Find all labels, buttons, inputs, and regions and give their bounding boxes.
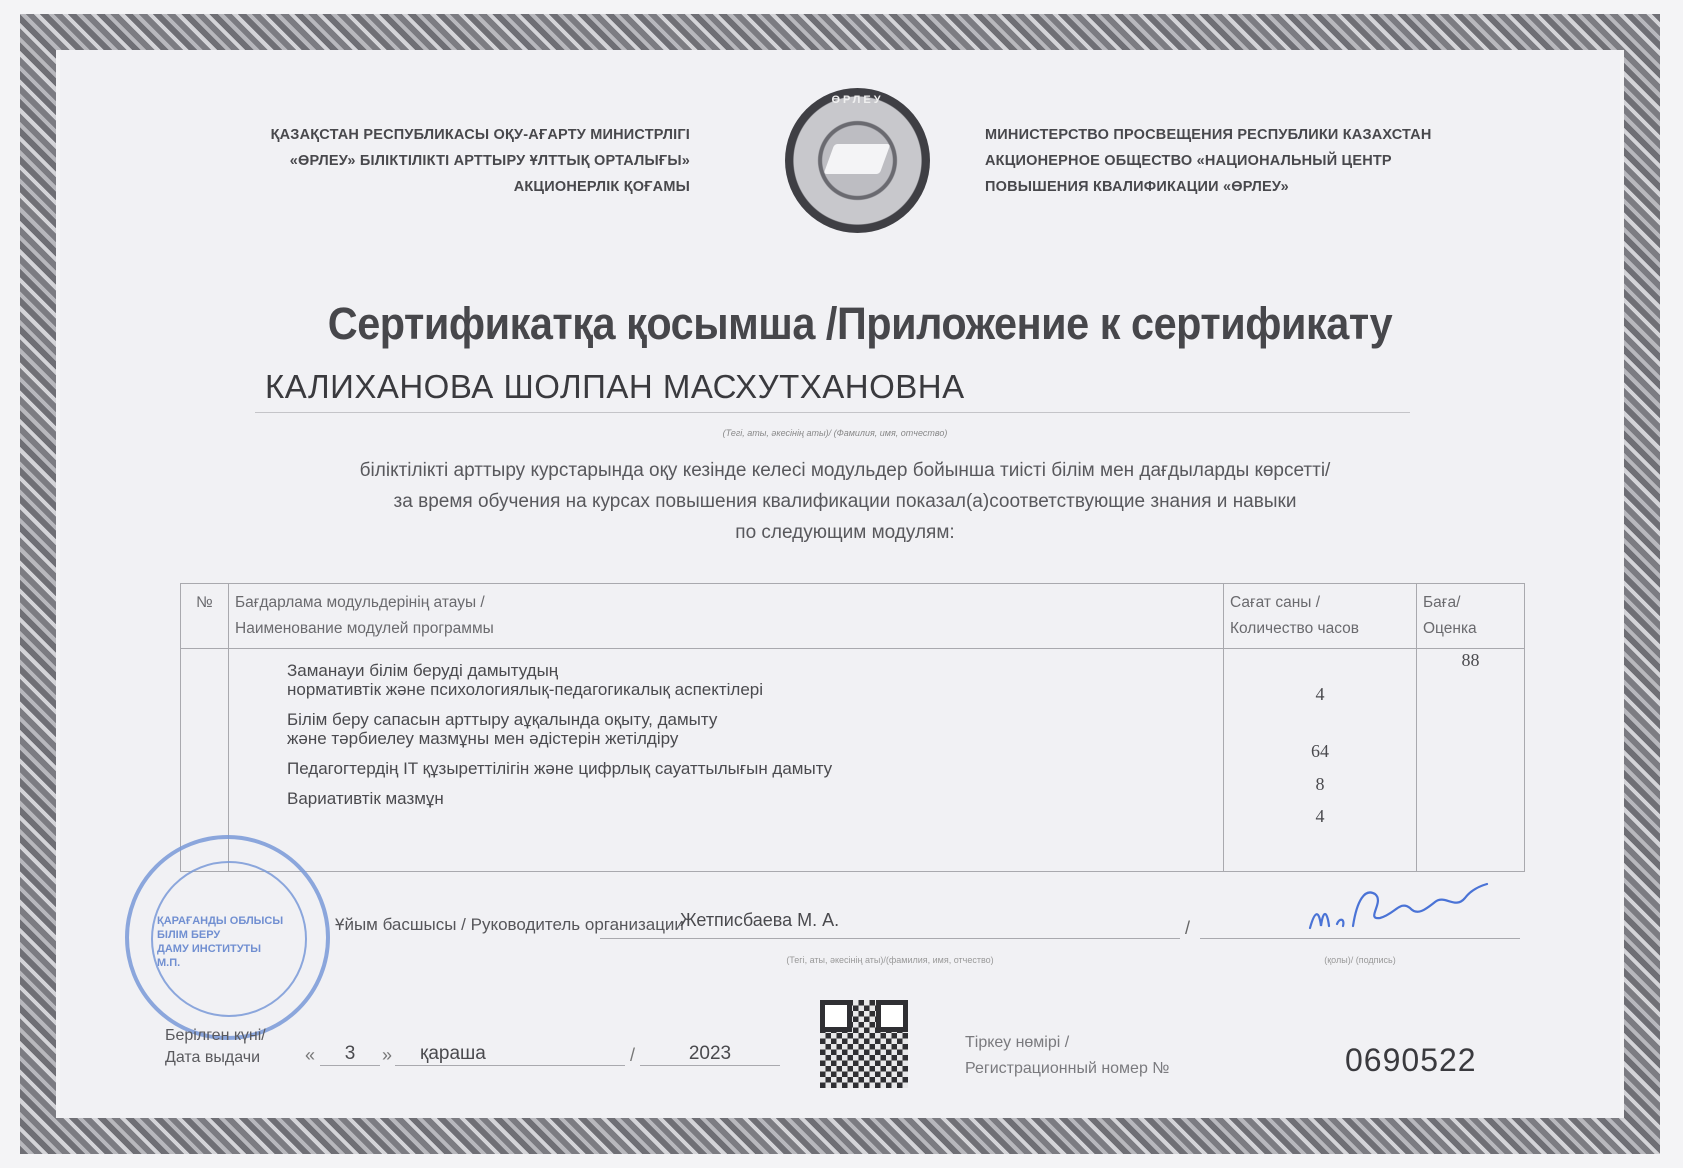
module-4-line-1: Вариативтік мазмұн bbox=[287, 789, 1223, 808]
stamp-line-2: БІЛІМ БЕРУ bbox=[157, 928, 283, 942]
module-1-line-1: Заманауи білім беруді дамытудың bbox=[287, 661, 1223, 680]
header-ru-line-1: МИНИСТЕРСТВО ПРОСВЕЩЕНИЯ РЕСПУБЛИКИ КАЗА… bbox=[985, 122, 1545, 148]
module-item: Білім беру сапасын арттыру аұқалында оқы… bbox=[287, 710, 1223, 748]
header-ru-line-3: ПОВЫШЕНИЯ КВАЛИФИКАЦИИ «ӨРЛЕУ» bbox=[985, 174, 1545, 200]
date-label-ru: Дата выдачи bbox=[165, 1047, 266, 1069]
hours-module-2: 64 bbox=[1224, 741, 1416, 762]
module-item: Заманауи білім беруді дамытудың норматив… bbox=[287, 661, 1223, 699]
date-year: 2023 bbox=[640, 1043, 780, 1066]
module-2-line-1: Білім беру сапасын арттыру аұқалында оқы… bbox=[287, 710, 1223, 729]
intro-text: біліктілікті арттыру курстарында оқу кез… bbox=[200, 455, 1490, 548]
header-kz-line-1: ҚАЗАҚСТАН РЕСПУБЛИКАСЫ ОҚУ-АҒАРТУ МИНИСТ… bbox=[180, 122, 690, 148]
recipient-name: КАЛИХАНОВА ШОЛПАН МАСХУТХАНОВНА bbox=[265, 368, 965, 406]
header-module-kz: Бағдарлама модульдерінің атауы / bbox=[235, 590, 1217, 616]
header-kz-line-3: АКЦИОНЕРЛІК ҚОҒАМЫ bbox=[180, 174, 690, 200]
orleu-logo-icon: ӨРЛЕУ bbox=[785, 88, 930, 233]
module-item: Вариативтік мазмұн bbox=[287, 789, 1223, 808]
module-1-line-2: нормативтік және психологиялық-педагогик… bbox=[287, 680, 1223, 699]
header-hours-ru: Количество часов bbox=[1230, 616, 1410, 642]
registration-number: 0690522 bbox=[1345, 1042, 1477, 1079]
header-grade-kz: Баға/ bbox=[1423, 590, 1518, 616]
signatory-name-caption: (Тегі, аты, әкесінің аты)/(фамилия, имя,… bbox=[600, 955, 1180, 965]
registration-label-ru: Регистрационный номер № bbox=[965, 1056, 1169, 1082]
separator-slash: / bbox=[1185, 918, 1190, 939]
date-quote-open: « bbox=[305, 1045, 315, 1066]
header-kz-line-2: «ӨРЛЕУ» БІЛІКТІЛІКТІ АРТТЫРУ ҰЛТТЫҚ ОРТА… bbox=[180, 148, 690, 174]
hours-module-1: 4 bbox=[1224, 684, 1416, 705]
header-hours-kz: Сағат саны / bbox=[1230, 590, 1410, 616]
hours-cell: 4 64 8 4 bbox=[1224, 649, 1417, 872]
signatory-name-line bbox=[600, 938, 1180, 939]
header-kazakh: ҚАЗАҚСТАН РЕСПУБЛИКАСЫ ОҚУ-АҒАРТУ МИНИСТ… bbox=[180, 122, 690, 200]
table-header-row: № Бағдарлама модульдерінің атауы / Наиме… bbox=[181, 584, 1525, 649]
registration-label: Тіркеу нөмірі / Регистрационный номер № bbox=[965, 1030, 1169, 1082]
stamp-line-4: М.П. bbox=[157, 956, 283, 970]
name-caption: (Тегі, аты, әкесінің аты)/ (Фамилия, имя… bbox=[260, 428, 1410, 438]
hours-module-3: 8 bbox=[1224, 774, 1416, 795]
qr-code-icon bbox=[820, 1000, 908, 1088]
book-icon bbox=[824, 144, 891, 174]
date-day: 3 bbox=[320, 1043, 380, 1066]
header-module: Бағдарлама модульдерінің атауы / Наимено… bbox=[229, 584, 1224, 649]
signatory-label: Ұйым басшысы / Руководитель организации bbox=[335, 915, 684, 935]
official-stamp: ҚАРАҒАНДЫ ОБЛЫСЫ БІЛІМ БЕРУ ДАМУ ИНСТИТУ… bbox=[125, 835, 330, 1040]
module-3-line-1: Педагогтердің IT құзыреттілігін және циф… bbox=[287, 759, 1223, 778]
logo-text: ӨРЛЕУ bbox=[785, 94, 930, 106]
document-title: Сертификатқа қосымша /Приложение к серти… bbox=[267, 298, 1454, 350]
header-grade-ru: Оценка bbox=[1423, 616, 1518, 642]
date-label: Берілген күні/ Дата выдачи bbox=[165, 1025, 266, 1069]
handwritten-signature-icon bbox=[1305, 880, 1490, 940]
intro-line-3: по следующим модулям: bbox=[200, 517, 1490, 548]
module-2-line-2: және тәрбиелеу мазмұны мен әдістерін жет… bbox=[287, 729, 1223, 748]
header-ru-line-2: АКЦИОНЕРНОЕ ОБЩЕСТВО «НАЦИОНАЛЬНЫЙ ЦЕНТР bbox=[985, 148, 1545, 174]
date-month: қараша bbox=[395, 1043, 625, 1066]
header-num: № bbox=[181, 584, 229, 649]
date-label-kz: Берілген күні/ bbox=[165, 1025, 266, 1047]
modules-table: № Бағдарлама модульдерінің атауы / Наиме… bbox=[180, 583, 1525, 872]
stamp-text: ҚАРАҒАНДЫ ОБЛЫСЫ БІЛІМ БЕРУ ДАМУ ИНСТИТУ… bbox=[157, 914, 283, 970]
header-module-ru: Наименование модулей программы bbox=[235, 616, 1217, 642]
grade-cell: 88 bbox=[1417, 649, 1525, 872]
hours-module-4: 4 bbox=[1224, 806, 1416, 827]
header-hours: Сағат саны / Количество часов bbox=[1224, 584, 1417, 649]
module-item: Педагогтердің IT құзыреттілігін және циф… bbox=[287, 759, 1223, 778]
date-quote-close: » bbox=[382, 1045, 392, 1066]
header-grade: Баға/ Оценка bbox=[1417, 584, 1525, 649]
name-underline bbox=[255, 412, 1410, 413]
registration-label-kz: Тіркеу нөмірі / bbox=[965, 1030, 1169, 1056]
stamp-line-3: ДАМУ ИНСТИТУТЫ bbox=[157, 942, 283, 956]
signature-caption: (қолы)/ (подпись) bbox=[1200, 955, 1520, 965]
stamp-line-1: ҚАРАҒАНДЫ ОБЛЫСЫ bbox=[157, 914, 283, 928]
header-russian: МИНИСТЕРСТВО ПРОСВЕЩЕНИЯ РЕСПУБЛИКИ КАЗА… bbox=[985, 122, 1545, 200]
intro-line-1: біліктілікті арттыру курстарында оқу кез… bbox=[200, 455, 1490, 486]
date-slash: / bbox=[630, 1045, 635, 1066]
signatory-name: Жетписбаева М. А. bbox=[680, 910, 839, 931]
modules-cell: Заманауи білім беруді дамытудың норматив… bbox=[229, 649, 1224, 872]
intro-line-2: за время обучения на курсах повышения кв… bbox=[200, 486, 1490, 517]
table-row: Заманауи білім беруді дамытудың норматив… bbox=[181, 649, 1525, 872]
